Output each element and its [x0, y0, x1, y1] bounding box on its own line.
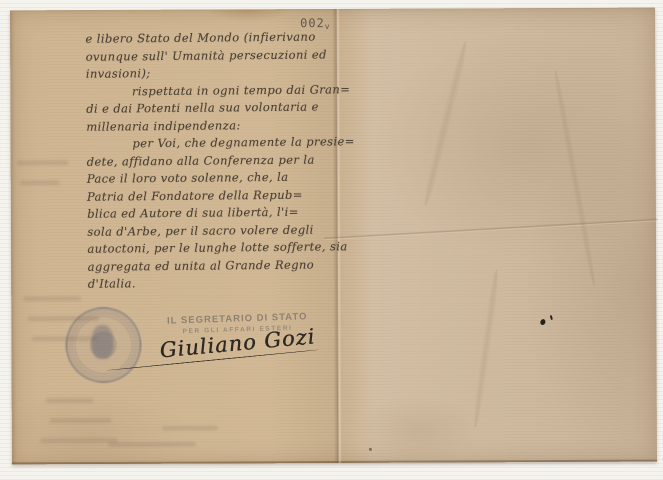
bleedthrough-smudge [17, 160, 69, 165]
bleedthrough-smudge [20, 180, 60, 185]
ink-speck [369, 448, 372, 451]
manuscript-line: di e dai Potenti nella sua volontaria e [86, 98, 346, 118]
ink-speck [550, 315, 553, 320]
manuscript-line: ovunque sull' Umanità persecuzioni ed [86, 46, 346, 66]
manuscript-line: d'Italia. [88, 273, 348, 293]
bleedthrough-smudge [46, 398, 94, 403]
document-scan: 002v e libero Stato del Mondo (infieriva… [0, 0, 663, 480]
manuscript-line: autoctoni, per le lunghe lotte sofferte,… [87, 238, 347, 258]
ink-speck [540, 318, 547, 325]
manuscript-line: per Voi, che degnamente la presie= [86, 133, 346, 153]
manuscript-line: e libero Stato del Mondo (infierivano [85, 28, 345, 48]
bleedthrough-smudge [40, 438, 118, 443]
paper-wrinkle [471, 268, 501, 428]
paper-wrinkle [551, 69, 598, 287]
manuscript-line: aggregata ed unita al Grande Regno [88, 256, 348, 276]
bleedthrough-smudge [31, 336, 97, 341]
paper-wrinkle [420, 40, 470, 208]
bleedthrough-smudge [27, 316, 99, 321]
bleedthrough-smudge [50, 418, 112, 423]
bleedthrough-smudge [23, 296, 81, 301]
bleedthrough-smudge [108, 442, 196, 447]
manuscript-line: dete, affidano alla Conferenza per la [87, 151, 347, 171]
paper-sheet: 002v e libero Stato del Mondo (infieriva… [10, 8, 657, 465]
bleedthrough-smudge [162, 426, 218, 431]
horizontal-crease [324, 218, 658, 240]
manuscript-text-block: e libero Stato del Mondo (infierivano ov… [85, 28, 348, 293]
